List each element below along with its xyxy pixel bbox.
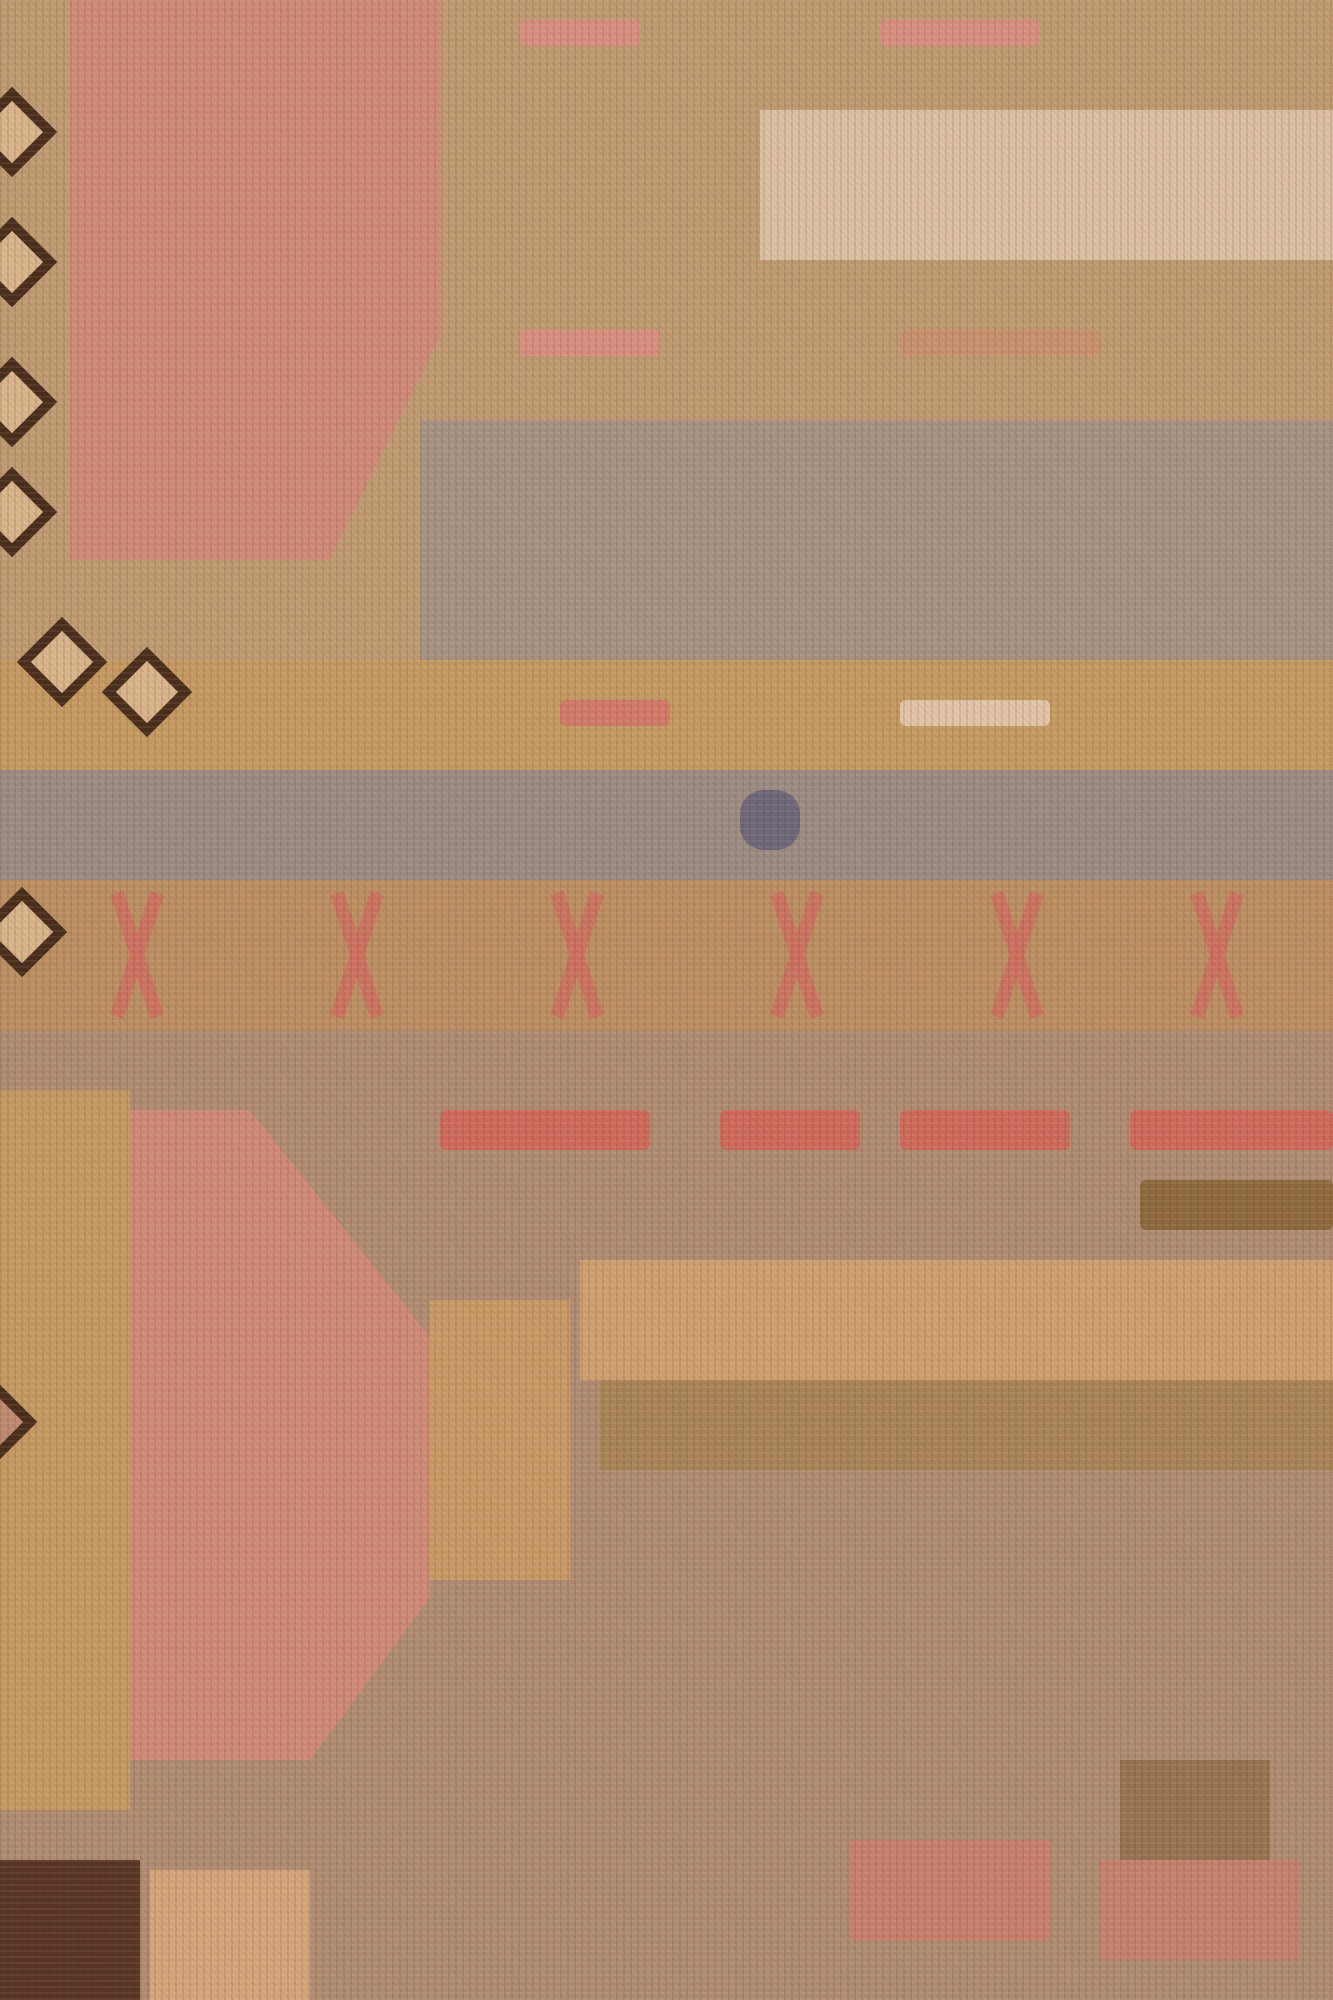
cream-dash xyxy=(900,700,1050,726)
x-motif-row xyxy=(0,880,1333,1030)
brown-patch-bottom xyxy=(1120,1760,1270,1860)
rug-photo xyxy=(0,0,1333,2000)
pink-patch-bottom xyxy=(1100,1860,1300,1960)
x-motif xyxy=(1180,890,1250,1020)
rose-dash xyxy=(560,700,670,726)
center-greige-field xyxy=(420,420,1333,660)
tan-step-bars xyxy=(430,1300,570,1580)
peach-patch-bottom xyxy=(150,1870,310,2000)
indigo-fleck xyxy=(740,790,800,850)
olive-bar xyxy=(600,1380,1333,1470)
cream-area-top-right xyxy=(760,110,1333,260)
x-motif xyxy=(760,890,830,1020)
x-motif xyxy=(980,890,1050,1020)
pink-patch-bottom xyxy=(850,1840,1050,1940)
x-motif xyxy=(540,890,610,1020)
pink-dash xyxy=(520,330,660,356)
slate-horizontal-band xyxy=(0,770,1333,880)
orange-bars xyxy=(580,1260,1333,1380)
pink-dash xyxy=(880,20,1040,46)
red-dash xyxy=(1130,1110,1333,1150)
pink-dash xyxy=(900,330,1100,356)
red-dash xyxy=(720,1110,860,1150)
pink-dash xyxy=(520,20,640,46)
red-dash xyxy=(900,1110,1070,1150)
x-motif xyxy=(100,890,170,1020)
dark-brown-corner xyxy=(0,1860,140,2000)
tan-left-border xyxy=(0,1090,130,1810)
red-dash xyxy=(440,1110,650,1150)
olive-dash xyxy=(1140,1180,1333,1230)
x-motif xyxy=(320,890,390,1020)
